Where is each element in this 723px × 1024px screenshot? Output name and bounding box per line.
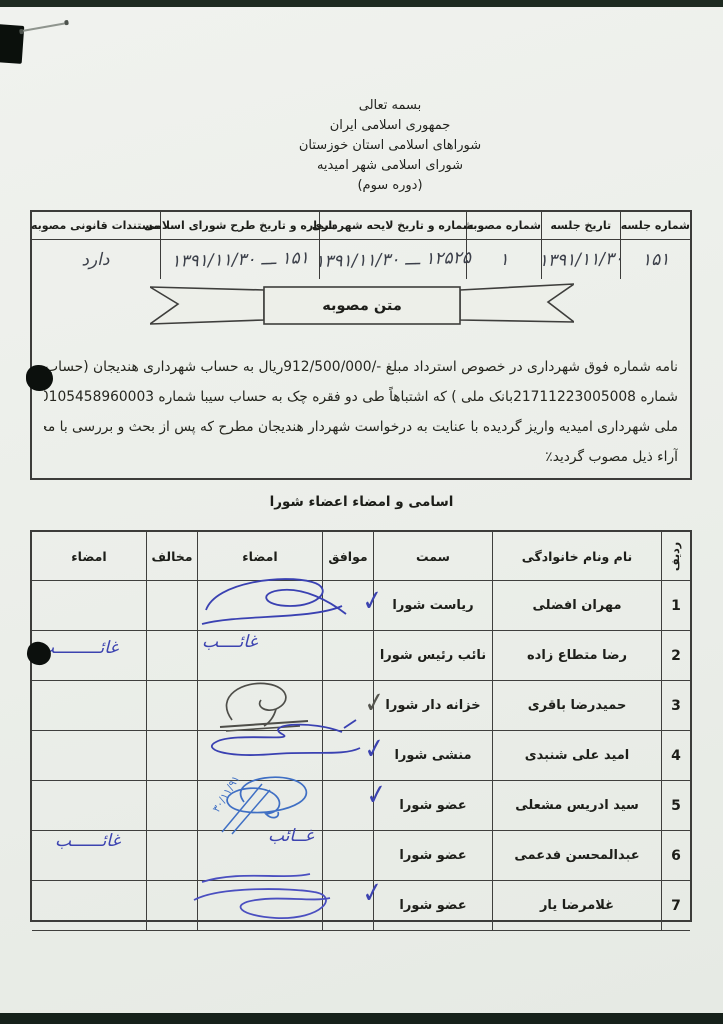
row-2-sign-cell	[197, 631, 322, 680]
row-3-sign-cell	[197, 681, 322, 730]
row-1-name: مهران افضلی	[492, 581, 661, 630]
row-4-oppose-cell	[146, 731, 197, 780]
row-1-number: 1	[661, 581, 690, 630]
letterhead-line-republic: جمهوری اسلامی ایران	[240, 116, 540, 136]
header-signature-2: امضاء	[32, 532, 146, 580]
letterhead-line-term: (دوره سوم)	[240, 176, 540, 196]
member-row-4: 4 امید علی شنبدی منشی شورا	[32, 731, 690, 781]
header-radif-label: ردیف	[670, 541, 683, 570]
meta-header-council-plan: شماره و تاریخ طرح شورای اسلامی	[161, 212, 319, 240]
header-agree: موافق	[322, 532, 373, 580]
row-6-name: عبدالمحسن فدعمی	[492, 831, 661, 880]
row-1-oppose-cell	[146, 581, 197, 630]
row-4-number: 4	[661, 731, 690, 780]
meta-header-session-number: شماره جلسه	[621, 212, 690, 240]
resolution-box: شماره جلسه ۱۵۱ تاریخ جلسه ۱۳۹۱/۱۱/۳۰ شما…	[30, 210, 692, 480]
scan-edge-bottom	[0, 1013, 723, 1024]
banner-title: متن مصوبه	[264, 288, 460, 324]
row-3-agree-cell	[322, 681, 373, 730]
meta-col-session-date: تاریخ جلسه ۱۳۹۱/۱۱/۳۰	[541, 212, 620, 279]
row-7-sign2-cell	[32, 881, 146, 930]
meta-table: شماره جلسه ۱۵۱ تاریخ جلسه ۱۳۹۱/۱۱/۳۰ شما…	[32, 212, 690, 279]
meta-value-legal-docs: دارد	[30, 238, 160, 280]
meta-value-session-number: ۱۵۱	[620, 239, 690, 280]
row-4-agree-cell	[322, 731, 373, 780]
row-7-post: عضو شورا	[373, 881, 492, 930]
hole-punch-top	[26, 365, 53, 391]
meta-col-legal-docs: مستندات قانونی مصوبه دارد	[31, 212, 160, 279]
row-3-name: حمیدرضا باقری	[492, 681, 661, 730]
member-row-1: 1 مهران افضلی ریاست شورا	[32, 581, 690, 631]
row-7-sign-cell	[197, 881, 322, 930]
scan-edge-top	[0, 0, 723, 7]
row-7-agree-cell	[322, 881, 373, 930]
meta-header-municipality-bill: شماره و تاریخ لایحه شهرداری	[320, 212, 466, 240]
row-7-name: غلامرضا یار	[492, 881, 661, 930]
row-6-post: عضو شورا	[373, 831, 492, 880]
row-5-oppose-cell	[146, 781, 197, 830]
row-6-sign-cell	[197, 831, 322, 880]
row-4-name: امید علی شنبدی	[492, 731, 661, 780]
row-4-sign-cell	[197, 731, 322, 780]
row-5-sign2-cell	[32, 781, 146, 830]
letterhead-line-basmala: بسمه تعالی	[240, 96, 540, 116]
row-1-sign-cell	[197, 581, 322, 630]
members-header-row: ردیف نام ونام خانوادگی سمت موافق امضاء م…	[32, 532, 690, 581]
row-5-sign-cell	[197, 781, 322, 830]
row-5-post: عضو شورا	[373, 781, 492, 830]
row-6-sign2-cell	[32, 831, 146, 880]
letterhead-line-city-council: شورای اسلامی شهر امیدیه	[240, 156, 540, 176]
row-2-oppose-cell	[146, 631, 197, 680]
meta-value-municipality-bill: ۱۲۵۲۵ ـــ ۱۳۹۱/۱۱/۳۰	[319, 238, 466, 281]
header-name: نام ونام خانوادگی	[492, 532, 661, 580]
row-1-sign2-cell	[32, 581, 146, 630]
resolution-line-2: شماره 21711223005008بانک ملی ) که اشتباه…	[44, 382, 678, 412]
meta-value-resolution-number: ۱	[466, 239, 541, 280]
meta-value-session-date: ۱۳۹۱/۱۱/۳۰	[541, 239, 620, 280]
member-row-3: 3 حمیدرضا باقری خزانه دار شورا	[32, 681, 690, 731]
resolution-line-1: نامه شماره فوق شهرداری در خصوص استرداد م…	[44, 352, 678, 382]
meta-col-resolution-number: شماره مصوبه ۱	[466, 212, 541, 279]
row-6-oppose-cell	[146, 831, 197, 880]
row-1-post: ریاست شورا	[373, 581, 492, 630]
row-2-name: رضا متطاع زاده	[492, 631, 661, 680]
row-7-number: 7	[661, 881, 690, 930]
row-4-sign2-cell	[32, 731, 146, 780]
row-2-agree-cell	[322, 631, 373, 680]
row-4-post: منشی شورا	[373, 731, 492, 780]
header-radif: ردیف	[661, 532, 690, 580]
row-3-number: 3	[661, 681, 690, 730]
row-3-sign2-cell	[32, 681, 146, 730]
row-2-number: 2	[661, 631, 690, 680]
resolution-banner: متن مصوبه	[150, 282, 574, 328]
row-2-post: نائب رئیس شورا	[373, 631, 492, 680]
row-5-number: 5	[661, 781, 690, 830]
meta-col-session-number: شماره جلسه ۱۵۱	[620, 212, 690, 279]
meta-value-council-plan: ۱۵۱ ـــ ۱۳۹۱/۱۱/۳۰	[160, 238, 319, 281]
row-5-name: سید ادریس مشعلی	[492, 781, 661, 830]
row-7-oppose-cell	[146, 881, 197, 930]
header-signature: امضاء	[197, 532, 322, 580]
row-1-agree-cell	[322, 581, 373, 630]
meta-header-resolution-number: شماره مصوبه	[467, 212, 541, 240]
resolution-line-3: ملی شهرداری امیدیه واریز گردیده با عنایت…	[44, 412, 678, 442]
meta-col-council-plan: شماره و تاریخ طرح شورای اسلامی ۱۵۱ ـــ ۱…	[160, 212, 319, 279]
resolution-text: نامه شماره فوق شهرداری در خصوص استرداد م…	[44, 352, 678, 472]
row-3-post: خزانه دار شورا	[373, 681, 492, 730]
member-row-2: 2 رضا متطاع زاده نائب رئیس شورا	[32, 631, 690, 681]
letterhead: بسمه تعالی جمهوری اسلامی ایران شوراهای ا…	[240, 96, 540, 196]
member-row-5: 5 سید ادریس مشعلی عضو شورا	[32, 781, 690, 831]
meta-header-legal-docs: مستندات قانونی مصوبه	[31, 212, 160, 240]
resolution-line-4: آراء ذیل مصوب گردید٪	[44, 442, 678, 472]
row-5-agree-cell	[322, 781, 373, 830]
members-section-title: اسامی و امضاء اعضاء شورا	[0, 494, 723, 510]
members-table: ردیف نام ونام خانوادگی سمت موافق امضاء م…	[30, 530, 692, 922]
row-3-oppose-cell	[146, 681, 197, 730]
letterhead-line-province-councils: شوراهای اسلامی استان خوزستان	[240, 136, 540, 156]
member-row-7: 7 غلامرضا یار عضو شورا	[32, 881, 690, 931]
row-6-agree-cell	[322, 831, 373, 880]
meta-col-municipality-bill: شماره و تاریخ لایحه شهرداری ۱۲۵۲۵ ـــ ۱۳…	[319, 212, 466, 279]
row-6-number: 6	[661, 831, 690, 880]
scanned-council-resolution: { "document": { "header_lines": [ "بسمه …	[0, 0, 723, 1024]
header-oppose: مخالف	[146, 532, 197, 580]
header-post: سمت	[373, 532, 492, 580]
member-row-6: 6 عبدالمحسن فدعمی عضو شورا	[32, 831, 690, 881]
meta-header-session-date: تاریخ جلسه	[542, 212, 620, 240]
